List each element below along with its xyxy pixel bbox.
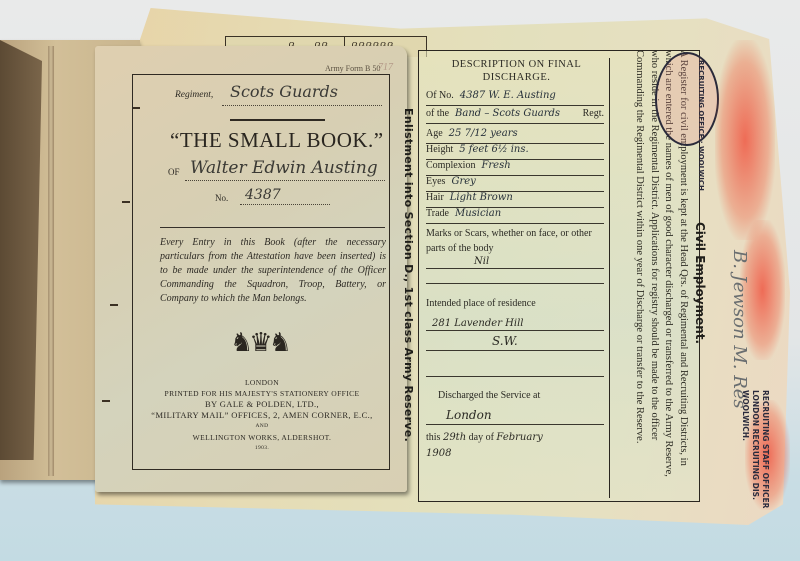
owner-label: OF bbox=[168, 167, 180, 177]
number-value: 4387 bbox=[245, 187, 281, 203]
rule bbox=[426, 283, 604, 284]
pencil-annotation: 717 bbox=[378, 62, 393, 73]
regiment-label: Regiment, bbox=[175, 90, 213, 100]
field-hair: HairLight Brown bbox=[426, 192, 604, 208]
recruiting-staff-stamp: RECRUITING STAFF OFFICER LONDON RECRUITI… bbox=[740, 390, 770, 508]
number-underline bbox=[240, 204, 330, 205]
regiment-underline bbox=[222, 105, 382, 106]
field-regiment: of theBand – Scots Guards Regt. bbox=[426, 108, 604, 124]
residence-label: Intended place of residence bbox=[426, 296, 606, 311]
marks-label: Marks or Scars, whether on face, or othe… bbox=[426, 226, 606, 256]
army-form-number: Army Form B 50 bbox=[325, 64, 380, 73]
rule bbox=[426, 268, 604, 269]
discharge-date: this 29th day of February bbox=[426, 430, 606, 445]
owner-underline bbox=[185, 180, 385, 181]
field-number: Of No.4387 W. E. Austing bbox=[426, 90, 604, 106]
field-height: Height5 feet 6½ ins. bbox=[426, 144, 604, 160]
rule bbox=[426, 376, 604, 377]
number-label: No. bbox=[215, 193, 228, 203]
marks-value: Nil bbox=[474, 254, 654, 269]
printer-imprint: LONDON PRINTED FOR HIS MAJESTY'S STATION… bbox=[140, 377, 384, 454]
handwritten-signature: B. Jewson M. Res bbox=[729, 250, 750, 409]
month-value: February bbox=[496, 432, 542, 443]
discharged-place: London bbox=[446, 408, 626, 423]
regiment-value: Scots Guards bbox=[230, 82, 338, 101]
entry-instructions: Every Entry in this Book (after the nece… bbox=[160, 236, 386, 306]
rule bbox=[426, 330, 604, 331]
description-on-final-discharge: DESCRIPTION ON FINAL DISCHARGE. Of No.43… bbox=[424, 58, 610, 498]
title-rule bbox=[230, 119, 325, 121]
royal-coat-of-arms-icon: ♞♛♞ bbox=[230, 328, 288, 358]
book-spine-fold bbox=[48, 46, 54, 476]
binding-stitch bbox=[102, 400, 110, 402]
rule bbox=[426, 350, 604, 351]
field-age: Age25 7/12 years bbox=[426, 128, 604, 144]
year-value: 1908 bbox=[426, 446, 606, 461]
small-book-title: “THE SMALL BOOK.” bbox=[170, 128, 384, 153]
civil-employment-title: Civil Employment. bbox=[693, 222, 707, 344]
owner-name: Walter Edwin Austing bbox=[190, 158, 378, 178]
field-eyes: EyesGrey bbox=[426, 176, 604, 192]
binding-stitch bbox=[122, 201, 130, 203]
field-trade: TradeMusician bbox=[426, 208, 604, 224]
field-complexion: ComplexionFresh bbox=[426, 160, 604, 176]
rule bbox=[426, 424, 604, 425]
recruiting-office-oval-stamp: RECRUITING OFFICE · WOOLWICH bbox=[655, 52, 719, 146]
enlistment-spine-text: Enlistment into Section D., 1st class Ar… bbox=[402, 108, 415, 442]
day-value: 29th bbox=[443, 432, 466, 443]
residence-line1: 281 Lavender Hill bbox=[432, 316, 612, 331]
red-ink-mark bbox=[715, 40, 775, 240]
binding-stitch bbox=[110, 304, 118, 306]
description-title: DESCRIPTION ON FINAL DISCHARGE. bbox=[424, 58, 609, 84]
discharged-label: Discharged the Service at bbox=[438, 388, 618, 403]
section-divider bbox=[160, 227, 385, 228]
